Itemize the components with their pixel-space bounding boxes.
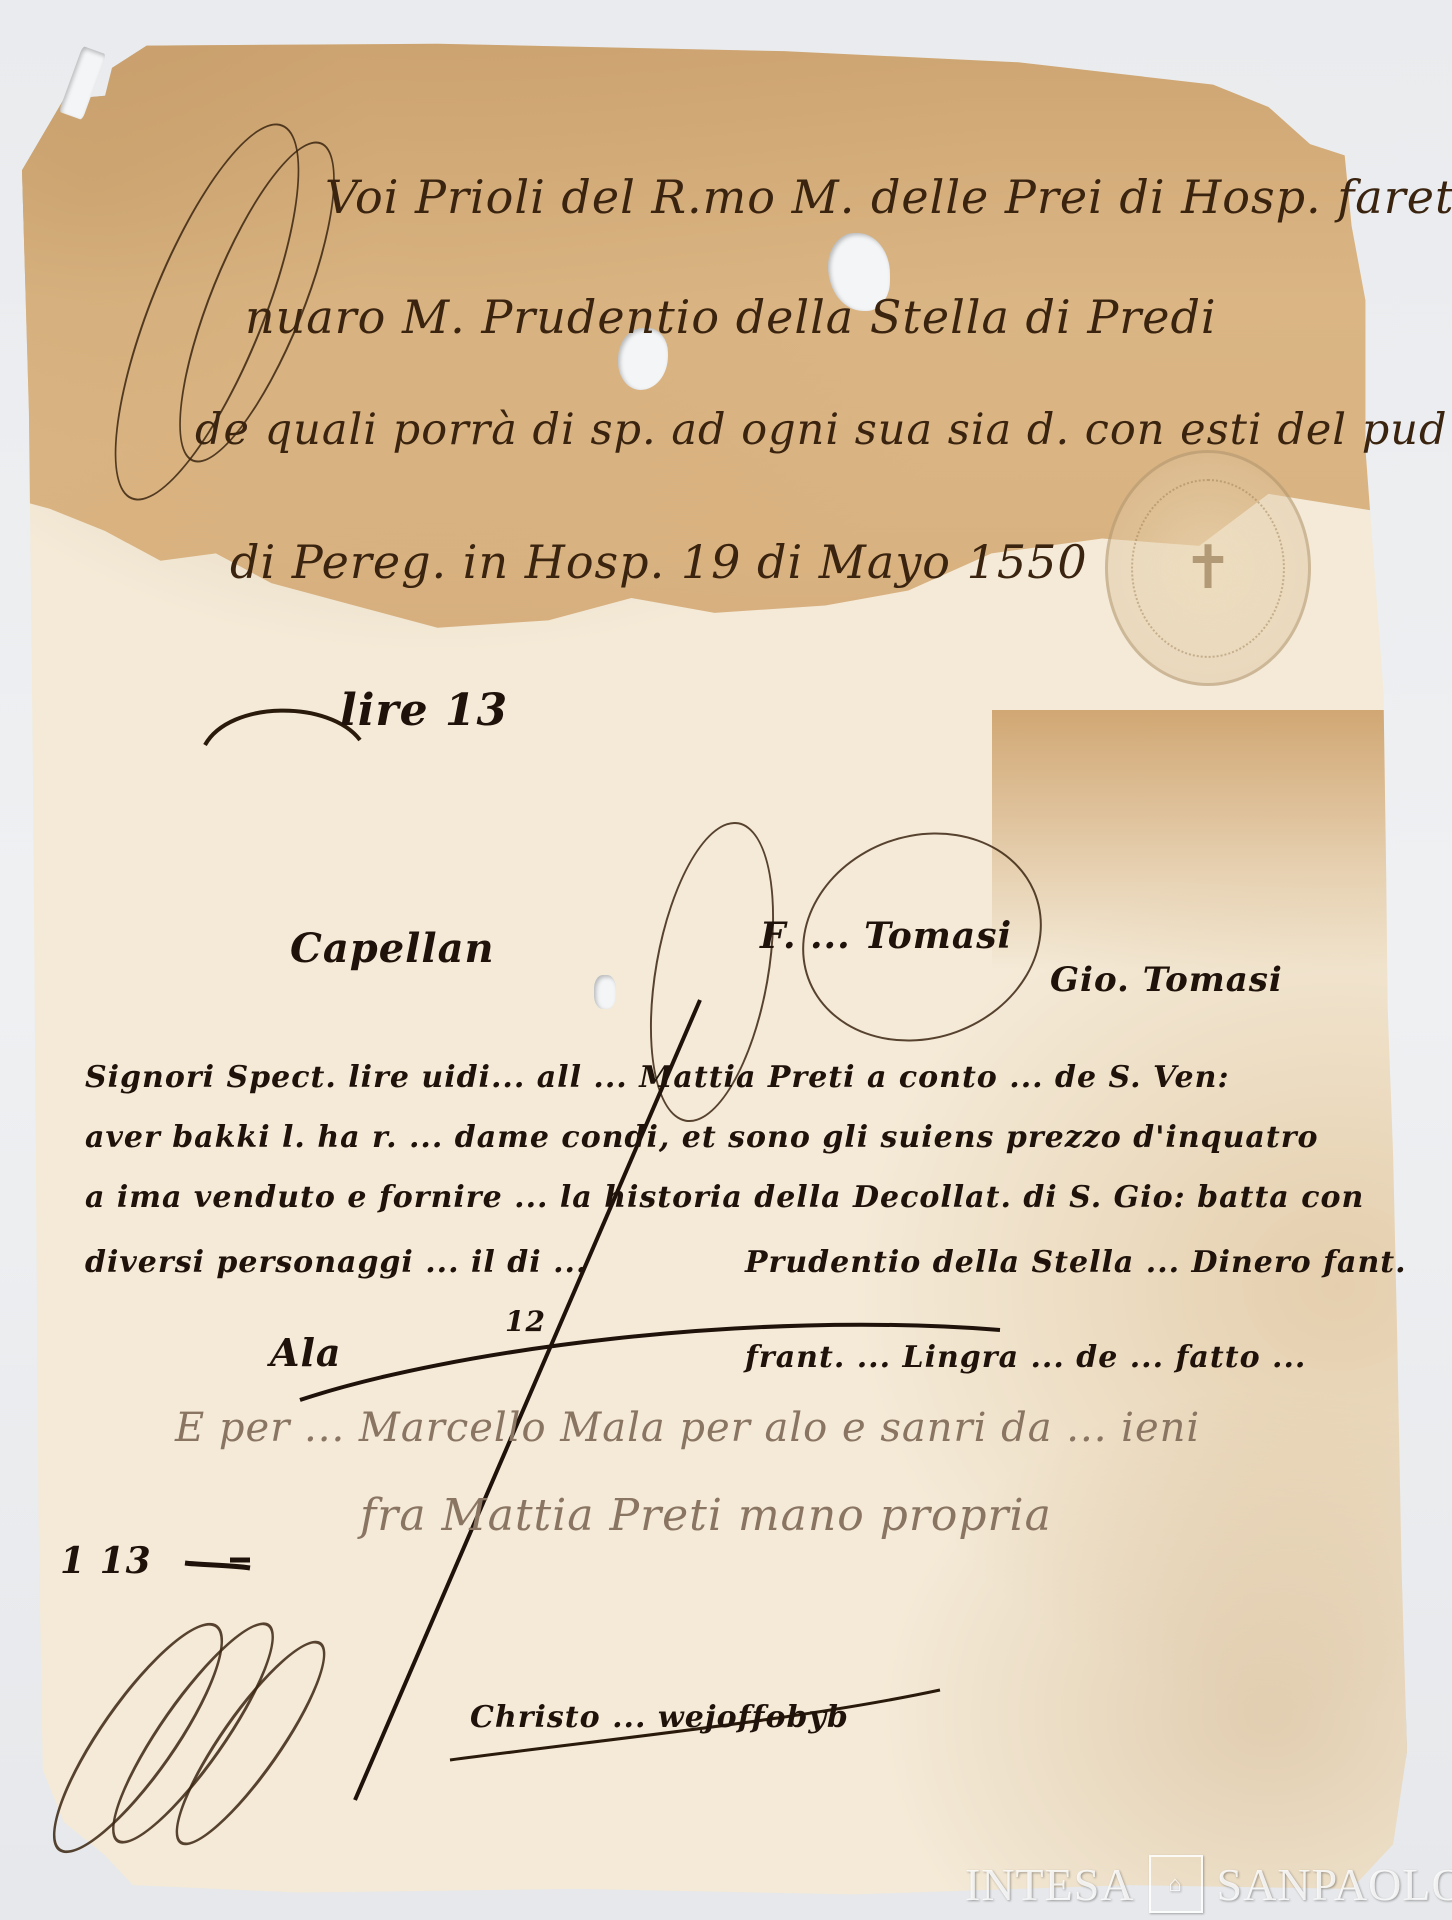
- text-line-upper-2: nuaro M. Prudentio della Stella di Predi: [245, 290, 1217, 344]
- signature-center: F. ... Tomasi: [760, 915, 1012, 957]
- watermark-right-text: SANPAOLO: [1217, 1858, 1452, 1911]
- bank-logo-icon: ⌂: [1149, 1855, 1203, 1913]
- text-line-lower-1: Signori Spect. lire uidi... all ... Matt…: [85, 1060, 1230, 1095]
- intesa-sanpaolo-watermark: INTESA ⌂ SANPAOLO: [965, 1855, 1452, 1913]
- text-line-lower-5: Prudentio della Stella ... Dinero fant.: [745, 1245, 1407, 1280]
- text-line-lower-6a: Ala: [270, 1330, 342, 1375]
- text-line-lower-6b: 12: [505, 1305, 546, 1338]
- text-line-upper-3: de quali porrà di sp. ad ogni sua sia d.…: [195, 405, 1447, 455]
- text-line-upper-4: di Pereg. in Hosp. 19 di Mayo 1550: [230, 535, 1088, 589]
- text-line-lower-6c: frant. ... Lingra ... de ... fatto ...: [745, 1340, 1306, 1375]
- text-line-lower-2: aver bakki l. ha r. ... dame condi, et s…: [85, 1120, 1319, 1155]
- signature-left: Capellan: [290, 925, 495, 972]
- text-line-faded-2: fra Mattia Preti mano propria: [360, 1490, 1052, 1541]
- text-line-lower-3: a ima venduto e fornire ... la historia …: [85, 1180, 1364, 1215]
- folio-number: 1 13: [60, 1540, 152, 1582]
- text-line-lower-4: diversi personaggi ... il di ...: [85, 1245, 587, 1280]
- text-line-upper-1: Voi Prioli del R.mo M. delle Prei di Hos…: [325, 170, 1452, 224]
- bottom-signature: Christo ... wejoffobyb: [470, 1700, 849, 1735]
- text-line-amount: lire 13: [340, 685, 508, 736]
- text-line-faded-1: E per ... Marcello Mala per alo e sanri …: [175, 1405, 1200, 1451]
- signature-right: Gio. Tomasi: [1050, 960, 1283, 1000]
- watermark-left-text: INTESA: [965, 1858, 1135, 1911]
